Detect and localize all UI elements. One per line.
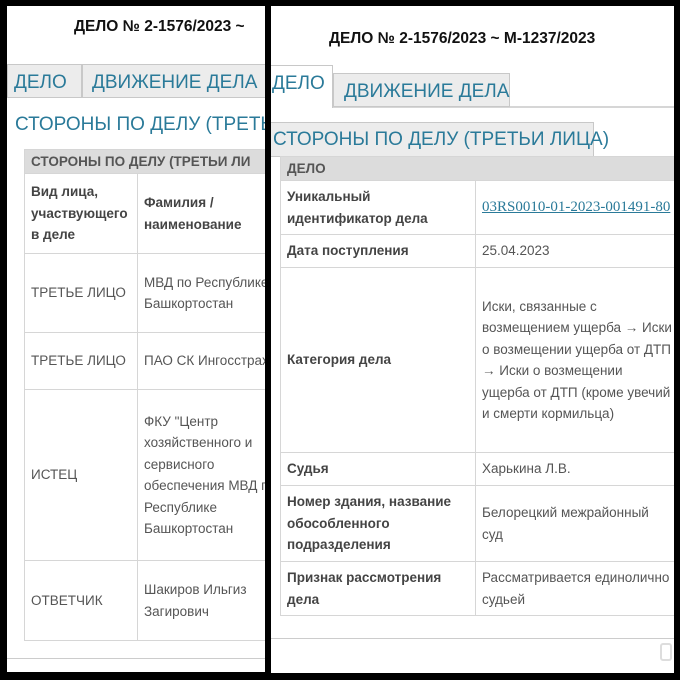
tab-case-movement[interactable]: ДВИЖЕНИЕ ДЕЛА [333,73,510,107]
section-heading: СТОРОНЫ ПО ДЕЛУ (ТРЕТЬ [15,114,265,136]
field-label: Номер здания, название обособленного под… [281,486,476,562]
table-row: Признак рассмотрения дела Рассматриваетс… [281,562,675,616]
column-header-party-type: Вид лица, участвующего в деле [25,174,138,254]
table-row: Судья Харькина Л.В. [281,453,675,486]
tab-parties-third-persons[interactable]: СТОРОНЫ ПО ДЕЛУ (ТРЕТЬИ ЛИЦА) [271,122,594,157]
party-type: ТРЕТЬЕ ЛИЦО [25,333,138,390]
table-row: ИСТЕЦ ФКУ "Центр хозяйственного и сервис… [25,390,266,561]
column-header-party-name: Фамилия / наименование [138,174,266,254]
divider [7,658,265,659]
field-label: Уникальный идентификатор дела [281,181,476,235]
field-value: 25.04.2023 [476,235,675,268]
table-row: Дата поступления 25.04.2023 [281,235,675,268]
tab-case-movement[interactable]: ДВИЖЕНИЕ ДЕЛА [82,64,265,98]
field-label: Дата поступления [281,235,476,268]
field-label: Признак рассмотрения дела [281,562,476,616]
field-value: Рассматривается единолично судьей [476,562,675,616]
party-name: ФКУ "Центр хозяйственного и сервисного о… [138,390,266,561]
field-label: Судья [281,453,476,486]
unique-id-link[interactable]: 03RS0010-01-2023-001491-80 [482,199,670,215]
scroll-handle-icon[interactable] [660,643,672,661]
left-screenshot-panel: ДЕЛО № 2-1576/2023 ~ ДЕЛО ДВИЖЕНИЕ ДЕЛА … [7,6,265,672]
parties-table: СТОРОНЫ ПО ДЕЛУ (ТРЕТЬИ ЛИ Вид лица, уча… [24,149,265,641]
table-row: Категория дела Иски, связанные с возмеще… [281,268,675,453]
party-name: Шакиров Ильгиз Загирович [138,561,266,641]
table-row: Номер здания, название обособленного под… [281,486,675,562]
table-row: Уникальный идентификатор дела 03RS0010-0… [281,181,675,235]
party-name: ПАО СК Ингосстрах [138,333,266,390]
tab-case[interactable]: ДЕЛО [7,64,82,98]
party-type: ОТВЕТЧИК [25,561,138,641]
field-value: Белорецкий межрайонный суд [476,486,675,562]
table-row: ТРЕТЬЕ ЛИЦО ПАО СК Ингосстрах [25,333,266,390]
field-value: Иски, связанные с возмещением ущерба → И… [476,268,675,453]
right-screenshot-panel: ДЕЛО № 2-1576/2023 ~ М-1237/2023 ДЕЛО ДВ… [271,6,674,673]
case-title: ДЕЛО № 2-1576/2023 ~ [74,18,245,36]
table-caption: ДЕЛО [281,157,675,181]
party-type: ТРЕТЬЕ ЛИЦО [25,254,138,333]
table-row: ТРЕТЬЕ ЛИЦО МВД по Республике Башкортост… [25,254,266,333]
party-type: ИСТЕЦ [25,390,138,561]
divider [271,638,674,639]
field-value: Харькина Л.В. [476,453,675,486]
party-name: МВД по Республике Башкортостан [138,254,266,333]
case-title: ДЕЛО № 2-1576/2023 ~ М-1237/2023 [329,30,595,48]
case-info-table: ДЕЛО Уникальный идентификатор дела 03RS0… [280,156,674,616]
table-row: ОТВЕТЧИК Шакиров Ильгиз Загирович [25,561,266,641]
tab-case[interactable]: ДЕЛО [271,65,333,108]
field-label: Категория дела [281,268,476,453]
table-caption: СТОРОНЫ ПО ДЕЛУ (ТРЕТЬИ ЛИ [25,150,266,174]
